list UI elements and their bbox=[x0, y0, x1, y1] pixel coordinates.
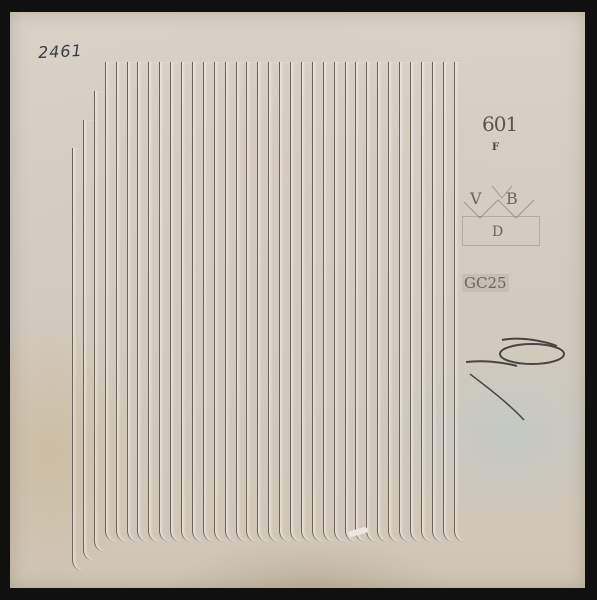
rib-groove bbox=[345, 62, 356, 542]
rib-groove bbox=[421, 62, 432, 542]
stamp-code: GC25 bbox=[462, 274, 509, 292]
rib-groove bbox=[312, 62, 323, 542]
rib-groove bbox=[137, 62, 148, 542]
maker-mark-number: 601 bbox=[482, 112, 517, 136]
rib-groove bbox=[377, 62, 388, 542]
rib-groove bbox=[159, 62, 170, 542]
rib-groove bbox=[181, 62, 192, 542]
rib-groove bbox=[72, 148, 83, 570]
ribbed-pattern bbox=[72, 62, 464, 542]
rib-groove bbox=[246, 62, 257, 542]
rib-groove bbox=[443, 62, 454, 542]
rib-groove bbox=[127, 62, 138, 542]
rib-groove bbox=[105, 62, 116, 542]
rib-groove bbox=[355, 62, 366, 542]
rib-groove bbox=[323, 62, 334, 542]
stamp-letter-b: B bbox=[506, 189, 518, 208]
rib-groove bbox=[268, 62, 279, 542]
rib-groove bbox=[192, 62, 203, 542]
rib-groove bbox=[257, 62, 268, 542]
rib-groove bbox=[214, 62, 225, 542]
maker-mark-letter: F bbox=[492, 142, 499, 153]
rib-groove bbox=[366, 62, 377, 542]
ceramic-tile-back: 2461 601 F V B D GC25 bbox=[10, 12, 585, 588]
rib-groove bbox=[170, 62, 181, 542]
rib-groove bbox=[388, 62, 399, 542]
rib-groove bbox=[454, 62, 465, 542]
rib-groove bbox=[301, 62, 312, 542]
rib-groove bbox=[334, 62, 345, 542]
rib-groove bbox=[225, 62, 236, 542]
vbd-stamp: V B D bbox=[462, 184, 542, 244]
rib-groove bbox=[203, 62, 214, 542]
inventory-number: 2461 bbox=[38, 41, 84, 62]
rib-groove bbox=[399, 62, 410, 542]
stamp-letter-d: D bbox=[492, 224, 503, 240]
pencil-scribble-icon bbox=[462, 332, 572, 422]
rib-groove bbox=[116, 62, 127, 542]
rib-groove bbox=[432, 62, 443, 542]
stamp-letter-v: V bbox=[470, 189, 482, 208]
rib-groove bbox=[83, 120, 94, 562]
rib-groove bbox=[410, 62, 421, 542]
rib-groove bbox=[236, 62, 247, 542]
rib-groove bbox=[279, 62, 290, 542]
rib-groove bbox=[290, 62, 301, 542]
rib-groove bbox=[94, 91, 105, 552]
rib-groove bbox=[148, 62, 159, 542]
